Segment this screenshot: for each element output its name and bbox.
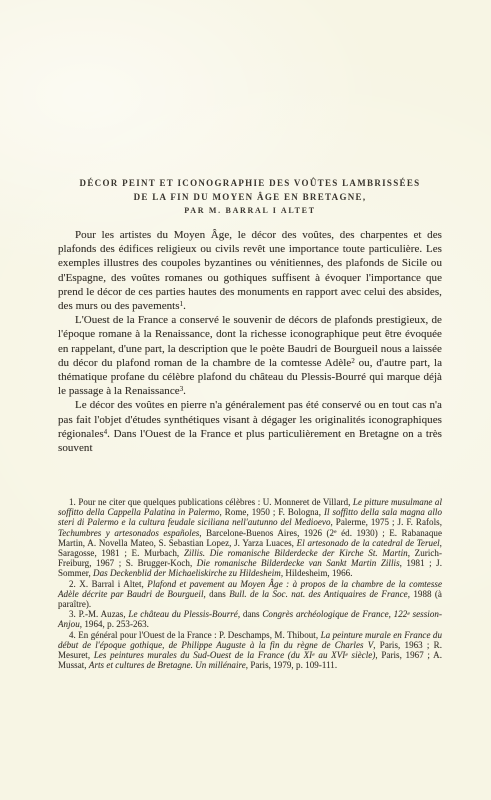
- title-byline: PAR M. BARRAL I ALTET: [58, 204, 442, 218]
- text-segment: Das Deckenblid der Michaeliskirche zu Hi…: [93, 568, 281, 578]
- text-segment: , 1964, p. 253-263.: [80, 619, 149, 629]
- paragraph: Pour les artistes du Moyen Âge, le décor…: [58, 228, 442, 313]
- page-title: DÉCOR PEINT ET ICONOGRAPHIE DES VOÛTES L…: [58, 176, 442, 218]
- text-segment: 2: [351, 358, 354, 365]
- text-segment: , Palerme, 1975 ; J. F. Rafols,: [331, 517, 442, 527]
- footnote: 2. X. Barral i Altet, Plafond et pavemen…: [58, 579, 442, 610]
- text-segment: Le château du Plessis-Bourré: [128, 609, 237, 619]
- text-segment: Les peintures murales du Sud-Ouest de la…: [94, 650, 312, 660]
- text-segment: Die romanische Bilderdecke van Sankt Mar…: [197, 558, 400, 568]
- text-segment: Techumbres y artesonados españoles: [58, 528, 199, 538]
- text-segment: Congrès archéologique de France, 122: [262, 609, 407, 619]
- text-segment: e: [407, 611, 410, 617]
- text-segment: , Barcelone-Buenos Aires, 1926 (2: [199, 528, 334, 538]
- paragraph: L'Ouest de la France a conservé le souve…: [58, 313, 442, 398]
- text-segment: , dans: [238, 609, 262, 619]
- text-segment: e: [334, 529, 337, 535]
- text-segment: 1. Pour ne citer que quelques publicatio…: [69, 497, 353, 507]
- body-text: Pour les artistes du Moyen Âge, le décor…: [58, 228, 442, 455]
- text-segment: , dans: [204, 589, 230, 599]
- text-segment: 4. En général pour l'Ouest de la France …: [69, 630, 321, 640]
- title-line-2: DE LA FIN DU MOYEN ÂGE EN BRETAGNE,: [58, 190, 442, 204]
- footnote: 1. Pour ne citer que quelques publicatio…: [58, 497, 442, 579]
- text-segment: .: [183, 300, 186, 312]
- scanned-page: DÉCOR PEINT ET ICONOGRAPHIE DES VOÛTES L…: [0, 0, 491, 800]
- text-segment: Pour les artistes du Moyen Âge, le décor…: [58, 229, 442, 312]
- footnote: 3. P.-M. Auzas, Le château du Plessis-Bo…: [58, 609, 442, 629]
- text-segment: , Hildesheim, 1966.: [281, 568, 353, 578]
- text-segment: , Rome, 1950 ; F. Bologna,: [220, 507, 324, 517]
- text-segment: e: [345, 652, 348, 658]
- text-segment: siècle): [348, 650, 376, 660]
- text-segment: Arts et cultures de Bretagne. Un milléna…: [89, 660, 246, 670]
- text-segment: , Paris, 1979, p. 109-111.: [246, 660, 337, 670]
- text-segment: Bull. de la Soc. nat. des Antiquaires de…: [229, 589, 407, 599]
- text-segment: e: [312, 652, 315, 658]
- text-segment: .: [183, 385, 186, 397]
- paragraph: Le décor des voûtes en pierre n'a généra…: [58, 398, 442, 455]
- text-segment: El artesonado de la catedral de Teruel: [297, 538, 440, 548]
- text-segment: 2. X. Barral i Altet,: [69, 579, 147, 589]
- title-line-1: DÉCOR PEINT ET ICONOGRAPHIE DES VOÛTES L…: [58, 176, 442, 190]
- text-segment: au XVI: [315, 650, 346, 660]
- text-segment: Zillis. Die romanische Bilderdecke der K…: [184, 548, 408, 558]
- footnote: 4. En général pour l'Ouest de la France …: [58, 630, 442, 671]
- text-segment: 3. P.-M. Auzas,: [69, 609, 128, 619]
- text-segment: 1: [180, 301, 183, 308]
- text-segment: . Dans l'Ouest de la France et plus part…: [58, 428, 442, 454]
- footnotes: 1. Pour ne citer que quelques publicatio…: [58, 497, 442, 670]
- text-segment: 4: [104, 429, 107, 436]
- text-segment: 3: [180, 386, 183, 393]
